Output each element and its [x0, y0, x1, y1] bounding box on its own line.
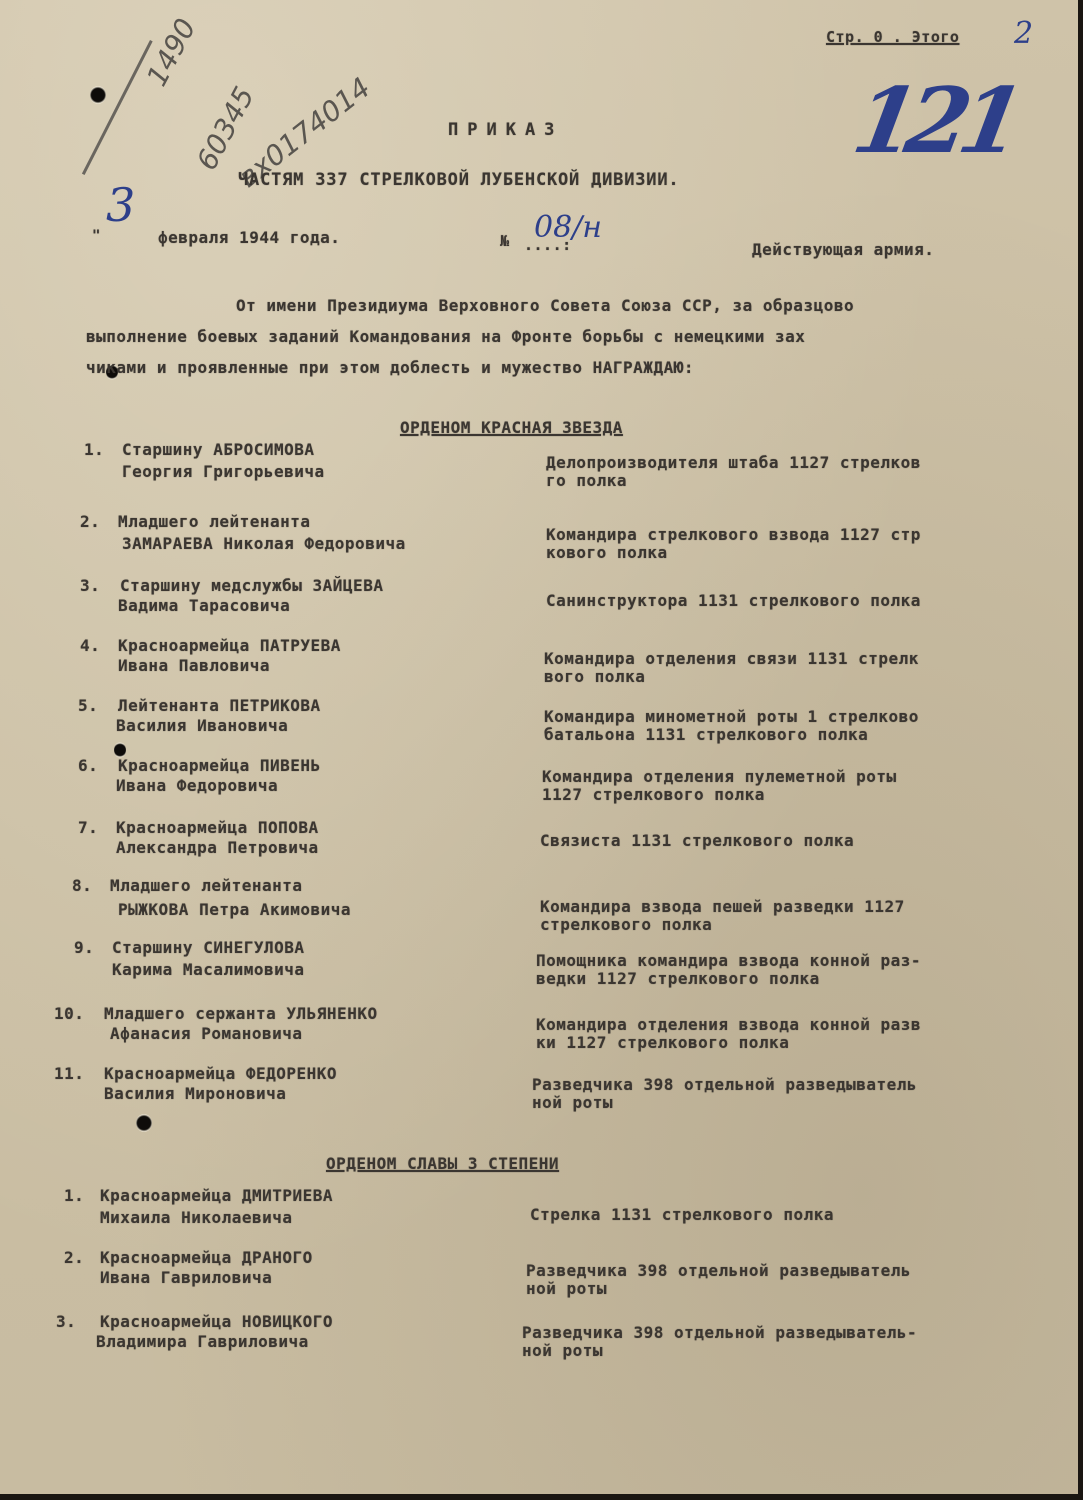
date-month-year: февраля 1944 года.	[158, 228, 340, 247]
date-quote-mark: "	[92, 228, 101, 244]
pencil-note-1: 1490	[140, 13, 203, 91]
entry-number: 2.	[64, 1248, 84, 1267]
recipient-rank-name: Старшину СИНЕГУЛОВА	[112, 938, 305, 958]
preamble-line-3: чиками и проявленные при этом доблесть и…	[86, 352, 854, 383]
recipient-position-line-2: ки 1127 стрелкового полка	[536, 1034, 789, 1052]
recipient-given-names: Василия Ивановича	[116, 716, 288, 736]
document-title: ПРИКАЗ	[448, 120, 563, 140]
recipient-rank-name: Младшего лейтенанта	[110, 876, 303, 896]
recipient-rank-name: Старшину АБРОСИМОВА	[122, 440, 315, 460]
recipient-position-line-1: Разведчика 398 отдельной разведыватель	[526, 1262, 911, 1280]
entry-number: 7.	[78, 818, 98, 837]
preamble-paragraph: От имени Президиума Верховного Совета Со…	[86, 290, 854, 383]
recipient-position-line-2: го полка	[546, 472, 627, 490]
recipient-given-names: Михаила Николаевича	[100, 1208, 293, 1228]
punch-hole-icon	[90, 86, 106, 104]
recipient-position-line-2: стрелкового полка	[540, 916, 712, 934]
recipient-rank-name: Красноармейца НОВИЦКОГО	[100, 1312, 333, 1332]
order-number-dots: ....:	[524, 236, 572, 254]
recipient-position-line-2: ной роты	[526, 1280, 607, 1298]
recipient-given-names: Георгия Григорьевича	[122, 462, 325, 482]
recipient-position-line-2: вого полка	[544, 668, 645, 686]
recipient-position-line-1: Разведчика 398 отдельной разведыватель	[532, 1076, 917, 1094]
entry-number: 4.	[80, 636, 100, 655]
recipient-position-line-1: Командира отделения связи 1131 стрелк	[544, 650, 919, 668]
recipient-position-line-1: Стрелка 1131 стрелкового полка	[530, 1206, 834, 1224]
recipient-given-names: Ивана Гавриловича	[100, 1268, 272, 1288]
recipient-rank-name: Лейтенанта ПЕТРИКОВА	[118, 696, 321, 716]
entry-number: 11.	[54, 1064, 84, 1083]
recipient-position-line-1: Связиста 1131 стрелкового полка	[540, 832, 854, 850]
recipient-position-line-2: ной роты	[532, 1094, 613, 1112]
entry-number: 3.	[80, 576, 100, 595]
entry-number: 9.	[74, 938, 94, 957]
recipient-rank-name: Младшего сержанта УЛЬЯНЕНКО	[104, 1004, 378, 1024]
recipient-rank-name: Старшину медслужбы ЗАЙЦЕВА	[120, 576, 383, 596]
entry-number: 5.	[78, 696, 98, 715]
recipient-position-line-2: ведки 1127 стрелкового полка	[536, 970, 820, 988]
recipient-position-line-1: Командира отделения взвода конной разв	[536, 1016, 921, 1034]
recipient-given-names: РЫЖКОВА Петра Акимовича	[118, 900, 351, 920]
recipient-rank-name: Красноармейца ПАТРУЕВА	[118, 636, 341, 656]
recipient-position-line-2: 1127 стрелкового полка	[542, 786, 765, 804]
preamble-line-2: выполнение боевых заданий Командования н…	[86, 321, 854, 352]
page-reference: Стр. 0 . Этого	[826, 28, 959, 46]
section-heading-glory-3: ОРДЕНОМ СЛАВЫ 3 СТЕПЕНИ	[326, 1154, 559, 1173]
recipient-rank-name: Красноармейца ПИВЕНЬ	[118, 756, 321, 776]
recipient-rank-name: Младшего лейтенанта	[118, 512, 311, 532]
pencil-slash-mark	[82, 40, 153, 175]
order-number-prefix: №	[500, 232, 510, 250]
recipient-position-line-2: ной роты	[522, 1342, 603, 1360]
recipient-position-line-2: кового полка	[546, 544, 668, 562]
recipient-rank-name: Красноармейца ПОПОВА	[116, 818, 319, 838]
recipient-rank-name: Красноармейца ДРАНОГО	[100, 1248, 313, 1268]
entry-number: 1.	[64, 1186, 84, 1205]
entry-number: 2.	[80, 512, 100, 531]
entry-number: 6.	[78, 756, 98, 775]
entry-number: 3.	[56, 1312, 76, 1331]
recipient-position-line-2: батальона 1131 стрелкового полка	[544, 726, 868, 744]
recipient-position-line-1: Санинструктора 1131 стрелкового полка	[546, 592, 921, 610]
recipient-given-names: Вадима Тарасовича	[118, 596, 290, 616]
recipient-given-names: Афанасия Романовича	[110, 1024, 303, 1044]
recipient-position-line-1: Командира отделения пулеметной роты	[542, 768, 897, 786]
recipient-position-line-1: Разведчика 398 отдельной разведыватель-	[522, 1324, 917, 1342]
recipient-given-names: Ивана Павловича	[118, 656, 270, 676]
recipient-given-names: Ивана Федоровича	[116, 776, 278, 796]
entry-number: 8.	[72, 876, 92, 895]
page-reference-handwritten-number: 2	[1014, 16, 1033, 51]
entry-number: 10.	[54, 1004, 84, 1023]
location-line: Действующая армия.	[752, 240, 934, 259]
recipient-given-names: ЗАМАРАЕВА Николая Федоровича	[122, 534, 406, 554]
recipient-rank-name: Красноармейца ФЕДОРЕНКО	[104, 1064, 337, 1084]
document-subtitle: ЧАСТЯМ 337 СТРЕЛКОВОЙ ЛУБЕНСКОЙ ДИВИЗИИ.	[238, 170, 679, 190]
recipient-given-names: Владимира Гавриловича	[96, 1332, 309, 1352]
recipient-given-names: Василия Мироновича	[104, 1084, 286, 1104]
recipient-position-line-1: Помощника командира взвода конной раз-	[536, 952, 921, 970]
recipient-given-names: Александра Петровича	[116, 838, 319, 858]
recipient-position-line-1: Командира минометной роты 1 стрелково	[544, 708, 919, 726]
handwritten-registry-number: 121	[846, 68, 1023, 174]
recipient-position-line-1: Командира взвода пешей разведки 1127	[540, 898, 905, 916]
preamble-line-1: От имени Президиума Верховного Совета Со…	[86, 290, 854, 321]
scanned-document-page: Стр. 0 . Этого 2 121 1490 60345 вх017401…	[0, 0, 1078, 1494]
recipient-position-line-1: Делопроизводителя штаба 1127 стрелков	[546, 454, 921, 472]
date-day-handwritten: 3	[106, 178, 135, 232]
recipient-position-line-1: Командира стрелкового взвода 1127 стр	[546, 526, 921, 544]
section-heading-red-star: ОРДЕНОМ КРАСНАЯ ЗВЕЗДА	[400, 418, 623, 437]
punch-hole-icon	[136, 1114, 152, 1132]
recipient-rank-name: Красноармейца ДМИТРИЕВА	[100, 1186, 333, 1206]
entry-number: 1.	[84, 440, 104, 459]
recipient-given-names: Карима Масалимовича	[112, 960, 305, 980]
